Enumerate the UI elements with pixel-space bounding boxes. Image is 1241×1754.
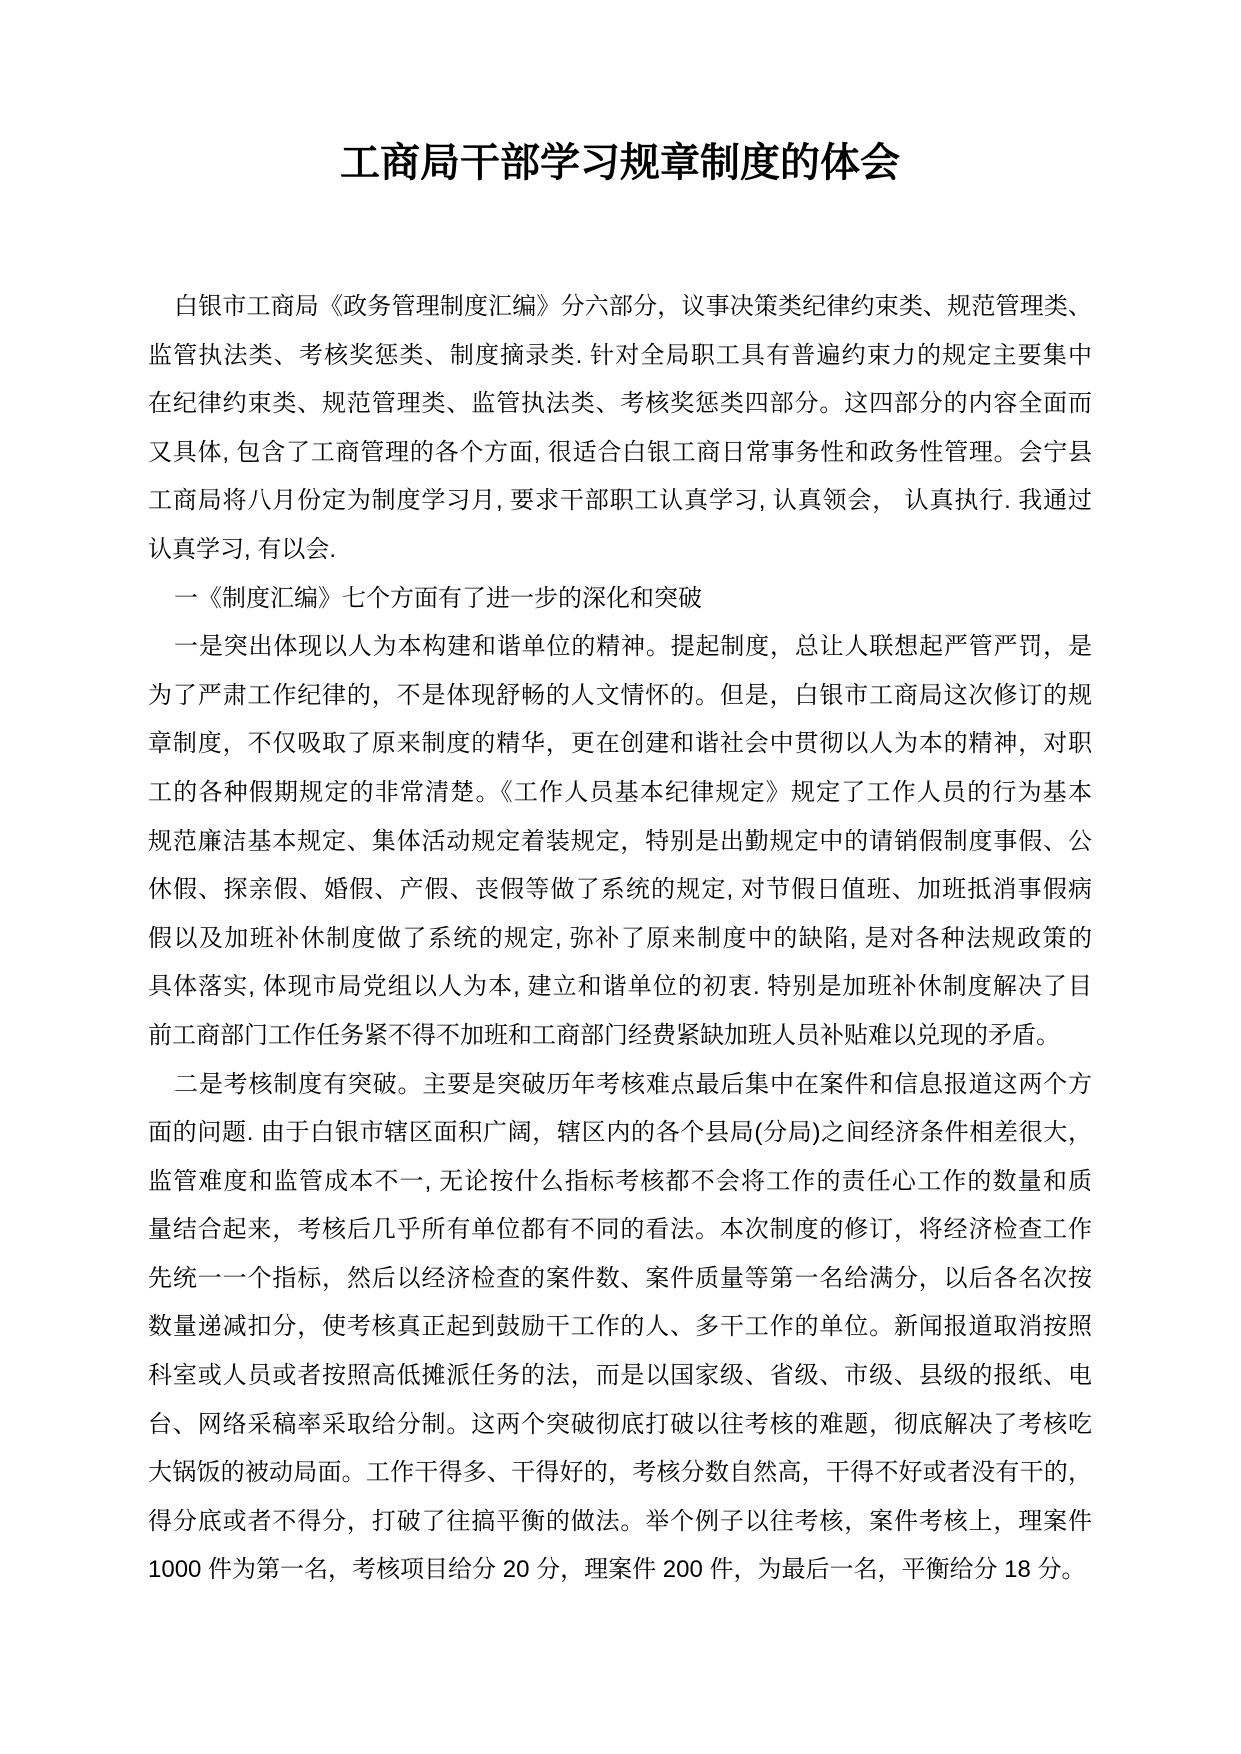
text-line: 工的各种假期规定的非常清楚。《工作人员基本纪律规定》规定了工作人员的行为基本	[148, 769, 1092, 818]
text-line: 面的问题. 由于白银市辖区面积广阔，辖区内的各个县局(分局)之间经济条件相差很大…	[148, 1109, 1092, 1158]
document-page: 工商局干部学习规章制度的体会 白银市工商局《政务管理制度汇编》分六部分，议事决策…	[0, 0, 1241, 1754]
text-line: 监管执法类、考核奖惩类、制度摘录类. 针对全局职工具有普遍约束力的规定主要集中	[148, 332, 1092, 381]
text-line: 章制度，不仅吸取了原来制度的精华，更在创建和谐社会中贯彻以人为本的精神，对职	[148, 720, 1092, 769]
text-line: 又具体, 包含了工商管理的各个方面, 很适合白银工商日常事务性和政务性管理。会宁…	[148, 429, 1092, 478]
paragraph: 二是考核制度有突破。主要是突破历年考核难点最后集中在案件和信息报道这两个方面的问…	[148, 1061, 1092, 1596]
text-line: 具体落实, 体现市局党组以人为本, 建立和谐单位的初衷. 特别是加班补休制度解决…	[148, 963, 1092, 1012]
text-line: 数量递减扣分，使考核真正起到鼓励干工作的人、多干工作的单位。新闻报道取消按照	[148, 1303, 1092, 1352]
text-line: 前工商部门工作任务紧不得不加班和工商部门经费紧缺加班人员补贴难以兑现的矛盾。	[148, 1012, 1092, 1061]
text-line: 一是突出体现以人为本构建和谐单位的精神。提起制度，总让人联想起严管严罚，是	[148, 623, 1092, 672]
text-line: 休假、探亲假、婚假、产假、丧假等做了系统的规定, 对节假日值班、加班抵消事假病	[148, 866, 1092, 915]
paragraph: 一是突出体现以人为本构建和谐单位的精神。提起制度，总让人联想起严管严罚，是为了严…	[148, 623, 1092, 1060]
text-line: 一《制度汇编》七个方面有了进一步的深化和突破	[148, 575, 1092, 624]
text-line: 在纪律约束类、规范管理类、监管执法类、考核奖惩类四部分。这四部分的内容全面而	[148, 380, 1092, 429]
paragraph: 白银市工商局《政务管理制度汇编》分六部分，议事决策类纪律约束类、规范管理类、监管…	[148, 283, 1092, 575]
text-line: 认真学习, 有以会.	[148, 526, 1092, 575]
text-line: 1000 件为第一名，考核项目给分 20 分，理案件 200 件，为最后一名，平…	[148, 1546, 1092, 1595]
text-line: 先统一一个指标，然后以经济检查的案件数、案件质量等第一名给满分，以后各名次按	[148, 1255, 1092, 1304]
paragraph: 一《制度汇编》七个方面有了进一步的深化和突破	[148, 575, 1092, 624]
text-line: 量结合起来，考核后几乎所有单位都有不同的看法。本次制度的修订，将经济检查工作	[148, 1206, 1092, 1255]
text-line: 台、网络采稿率采取给分制。这两个突破彻底打破以往考核的难题，彻底解决了考核吃	[148, 1401, 1092, 1450]
text-line: 假以及加班补休制度做了系统的规定, 弥补了原来制度中的缺陷, 是对各种法规政策的	[148, 915, 1092, 964]
document-title: 工商局干部学习规章制度的体会	[148, 138, 1092, 188]
text-line: 科室或人员或者按照高低摊派任务的法，而是以国家级、省级、市级、县级的报纸、电	[148, 1352, 1092, 1401]
text-line: 二是考核制度有突破。主要是突破历年考核难点最后集中在案件和信息报道这两个方	[148, 1061, 1092, 1110]
text-line: 白银市工商局《政务管理制度汇编》分六部分，议事决策类纪律约束类、规范管理类、	[148, 283, 1092, 332]
text-line: 工商局将八月份定为制度学习月, 要求干部职工认真学习, 认真领会， 认真执行. …	[148, 477, 1092, 526]
text-line: 为了严肃工作纪律的，不是体现舒畅的人文情怀的。但是，白银市工商局这次修订的规	[148, 672, 1092, 721]
text-line: 得分底或者不得分，打破了往搞平衡的做法。举个例子以往考核，案件考核上，理案件	[148, 1498, 1092, 1547]
text-line: 大锅饭的被动局面。工作干得多、干得好的，考核分数自然高，干得不好或者没有干的，	[148, 1449, 1092, 1498]
text-line: 规范廉洁基本规定、集体活动规定着装规定，特别是出勤规定中的请销假制度事假、公	[148, 818, 1092, 867]
text-line: 监管难度和监管成本不一, 无论按什么指标考核都不会将工作的责任心工作的数量和质	[148, 1158, 1092, 1207]
document-body: 白银市工商局《政务管理制度汇编》分六部分，议事决策类纪律约束类、规范管理类、监管…	[148, 283, 1092, 1595]
